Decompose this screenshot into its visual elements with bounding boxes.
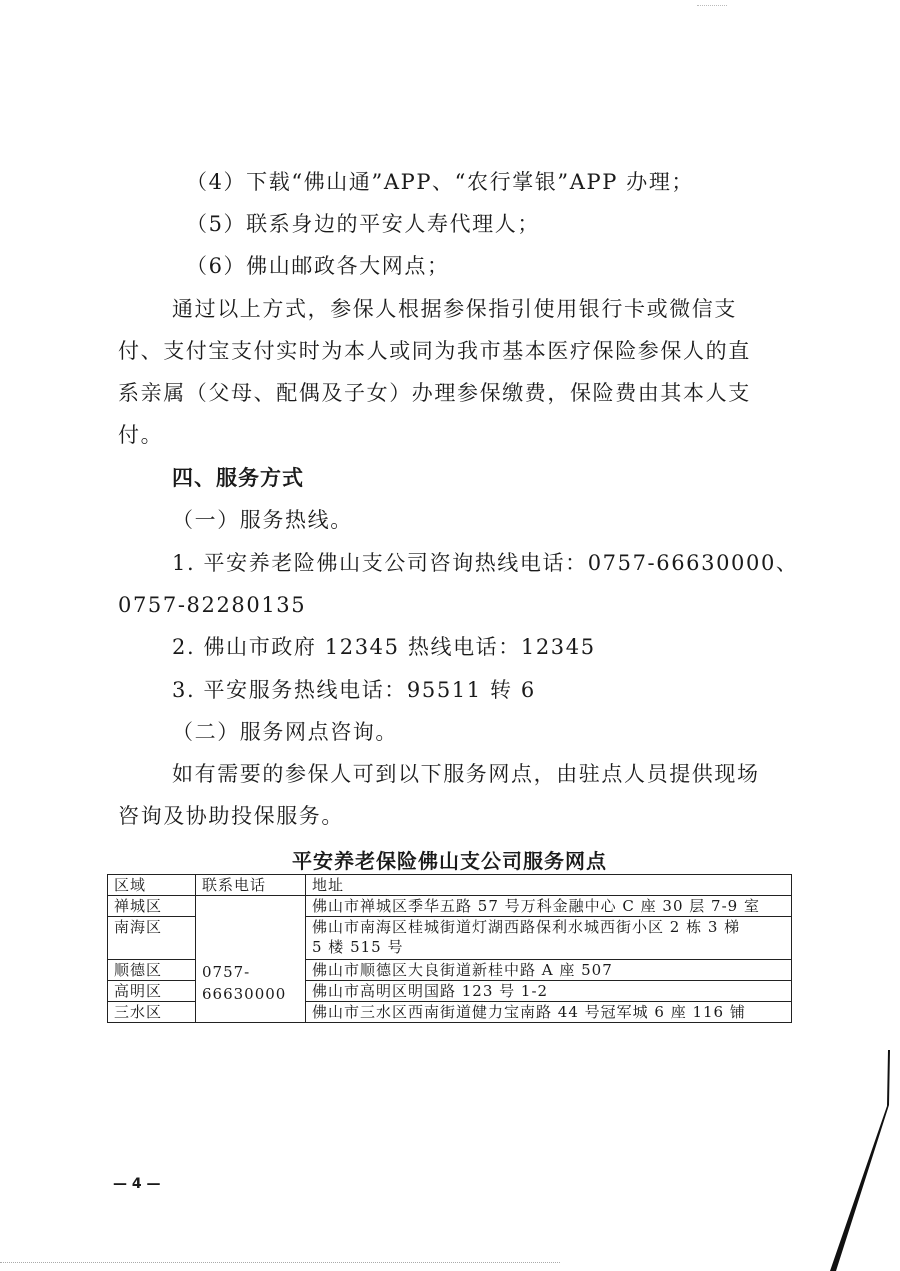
paragraph-line: 咨询及协助投保服务。	[118, 802, 344, 830]
paragraph-line: 付。	[118, 421, 163, 449]
hotline-1-continued: 0757-82280135	[118, 591, 306, 619]
phone-line1: 0757-	[202, 961, 299, 983]
address-line: 佛山市南海区桂城街道灯湖西路保利水城西街小区 2 栋 3 梯	[312, 917, 785, 937]
scan-artifact-bottom	[0, 1262, 560, 1265]
address-cell: 佛山市南海区桂城街道灯湖西路保利水城西街小区 2 栋 3 梯 5 楼 515 号	[306, 917, 792, 960]
paragraph-line: 通过以上方式，参保人根据参保指引使用银行卡或微信支	[172, 295, 737, 323]
table-header-row: 区域 联系电话 地址	[108, 875, 792, 896]
hotline-3: 3. 平安服务热线电话：95511 转 6	[172, 676, 536, 704]
phone-cell: 0757- 66630000	[196, 896, 306, 1023]
subsection-heading-outlets: （二）服务网点咨询。	[172, 718, 398, 746]
list-item-5: （5）联系身边的平安人寿代理人；	[186, 210, 540, 238]
list-item-6: （6）佛山邮政各大网点；	[186, 252, 450, 280]
region-cell: 顺德区	[108, 960, 196, 981]
address-cell: 佛山市高明区明国路 123 号 1-2	[306, 981, 792, 1002]
table-title: 平安养老保险佛山支公司服务网点	[292, 845, 607, 874]
address-cell: 佛山市顺德区大良街道新桂中路 A 座 507	[306, 960, 792, 981]
paragraph-line: 付、支付宝支付实时为本人或同为我市基本医疗保险参保人的直	[118, 337, 751, 365]
region-cell: 三水区	[108, 1002, 196, 1023]
header-address: 地址	[306, 875, 792, 896]
region-cell: 禅城区	[108, 896, 196, 917]
service-outlets-table: 区域 联系电话 地址 禅城区 0757- 66630000 佛山市禅城区季华五路…	[107, 874, 792, 1023]
list-item-4: （4）下载“佛山通”APP、“农行掌银”APP 办理；	[186, 168, 694, 196]
address-cell: 佛山市禅城区季华五路 57 号万科金融中心 C 座 30 层 7-9 室	[306, 896, 792, 917]
address-cell: 佛山市三水区西南街道健力宝南路 44 号冠军城 6 座 116 铺	[306, 1002, 792, 1023]
section-heading: 四、服务方式	[172, 464, 304, 492]
scan-artifact-edge-line	[780, 1050, 900, 1271]
region-cell: 南海区	[108, 917, 196, 960]
page-number: — 4 —	[113, 1176, 161, 1192]
hotline-2: 2. 佛山市政府 12345 热线电话：12345	[172, 633, 596, 661]
hotline-1: 1. 平安养老险佛山支公司咨询热线电话：0757-66630000、	[172, 549, 799, 577]
subsection-heading-hotline: （一）服务热线。	[172, 506, 353, 534]
paragraph-line: 如有需要的参保人可到以下服务网点，由驻点人员提供现场	[172, 760, 760, 788]
region-cell: 高明区	[108, 981, 196, 1002]
paragraph-line: 系亲属（父母、配偶及子女）办理参保缴费，保险费由其本人支	[118, 379, 751, 407]
table-row: 禅城区 0757- 66630000 佛山市禅城区季华五路 57 号万科金融中心…	[108, 896, 792, 917]
document-page: （4）下载“佛山通”APP、“农行掌银”APP 办理； （5）联系身边的平安人寿…	[0, 0, 900, 1271]
address-line: 5 楼 515 号	[312, 937, 785, 957]
header-region: 区域	[108, 875, 196, 896]
scan-artifact-top	[697, 0, 727, 6]
header-phone: 联系电话	[196, 875, 306, 896]
phone-line2: 66630000	[202, 983, 299, 1005]
